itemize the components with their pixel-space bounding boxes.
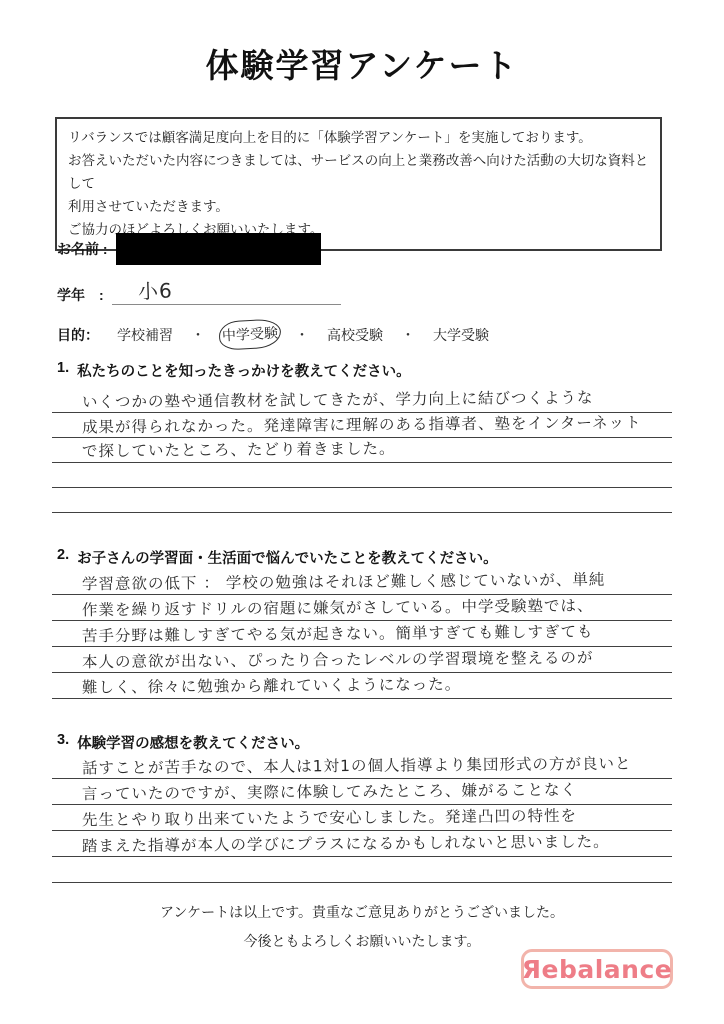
answer-line: 先生とやり取り出来ていたようで安心しました。発達凸凹の特性を xyxy=(52,805,672,831)
purpose-options: 学校補習 ・ 中学受験 ・ 高校受験 ・ 大学受験 xyxy=(113,320,493,349)
grade-field-row: 学年 : 小6 xyxy=(57,281,341,305)
question-3-text: 体験学習の感想を教えてください。 xyxy=(77,732,309,753)
intro-line: リバランスでは顧客満足度向上を目的に「体験学習アンケート」を実施しております。 xyxy=(68,126,649,149)
answer-line xyxy=(52,463,672,488)
question-2-text: お子さんの学習面・生活面で悩んでいたことを教えてください。 xyxy=(77,547,498,568)
answer-line: 難しく、徐々に勉強から離れていくようになった。 xyxy=(52,673,672,699)
name-label: お名前 : xyxy=(57,239,108,259)
name-redaction-box xyxy=(116,233,321,265)
question-3-number: 3. xyxy=(57,732,69,753)
grade-label: 学年 : xyxy=(57,285,104,305)
question-2-header: 2. お子さんの学習面・生活面で悩んでいたことを教えてください。 xyxy=(57,547,498,568)
intro-box: リバランスでは顧客満足度向上を目的に「体験学習アンケート」を実施しております。 … xyxy=(55,117,662,251)
answer-line xyxy=(52,488,672,513)
question-2-number: 2. xyxy=(57,547,69,568)
intro-line: お答えいただいた内容につきましては、サービスの向上と業務改善へ向けた活動の大切な… xyxy=(68,149,649,195)
question-3-answer-area: 話すことが苦手なので、本人は1対1の個人指導より集団形式の方が良いと 言っていた… xyxy=(52,753,672,883)
answer-line: 本人の意欲が出ない、ぴったり合ったレベルの学習環境を整えるのが xyxy=(52,647,672,673)
page-title: 体験学習アンケート xyxy=(0,40,724,87)
footer-line-1: アンケートは以上です。貴重なご意見ありがとうございました。 xyxy=(0,898,724,927)
grade-answer-line: 小6 xyxy=(112,281,341,305)
handwritten-text: 成果が得られなかった。発達障害に理解のある指導者、塾をインターネット xyxy=(82,411,642,438)
question-1-text: 私たちのことを知ったきっかけを教えてください。 xyxy=(77,360,411,381)
answer-line: 学習意欲の低下 ： 学校の勉強はそれほど難しく感じていないが、単純 xyxy=(52,569,672,595)
name-field-row: お名前 : xyxy=(57,233,321,265)
purpose-option-junior-high-exam: 中学受験 xyxy=(218,318,281,350)
answer-line: で探していたところ、たどり着きました。 xyxy=(52,438,672,463)
question-1-header: 1. 私たちのことを知ったきっかけを教えてください。 xyxy=(57,360,411,381)
answer-line: 苦手分野は難しすぎてやる気が起きない。簡単すぎても難しすぎても xyxy=(52,621,672,647)
rebalance-logo-text: Яebalance xyxy=(522,955,672,984)
purpose-option-high-school-exam: 高校受験 xyxy=(323,325,387,345)
answer-line: 話すことが苦手なので、本人は1対1の個人指導より集団形式の方が良いと xyxy=(52,753,672,779)
option-separator: ・ xyxy=(177,325,219,345)
option-separator: ・ xyxy=(281,325,323,345)
purpose-field-row: 目的： 学校補習 ・ 中学受験 ・ 高校受験 ・ 大学受験 xyxy=(57,320,493,349)
question-3-header: 3. 体験学習の感想を教えてください。 xyxy=(57,732,309,753)
answer-line: 作業を繰り返すドリルの宿題に嫌気がさしている。中学受験塾では、 xyxy=(52,595,672,621)
handwritten-text: いくつかの塾や通信教材を試してきたが、学力向上に結びつくような xyxy=(82,386,594,412)
answer-line: 成果が得られなかった。発達障害に理解のある指導者、塾をインターネット xyxy=(52,413,672,438)
handwritten-text: 本人の意欲が出ない、ぴったり合ったレベルの学習環境を整えるのが xyxy=(82,646,594,672)
handwritten-text: 作業を繰り返すドリルの宿題に嫌気がさしている。中学受験塾では、 xyxy=(82,594,594,620)
handwritten-text: 難しく、徐々に勉強から離れていくようになった。 xyxy=(82,672,461,697)
option-separator: ・ xyxy=(387,325,429,345)
handwritten-text: 言っていたのですが、実際に体験してみたところ、嫌がることなく xyxy=(82,778,577,804)
answer-line xyxy=(52,857,672,883)
answer-line: 言っていたのですが、実際に体験してみたところ、嫌がることなく xyxy=(52,779,672,805)
question-1-number: 1. xyxy=(57,360,69,381)
handwritten-text: で探していたところ、たどり着きました。 xyxy=(82,437,396,462)
purpose-option-university-exam: 大学受験 xyxy=(429,325,493,345)
purpose-option-school-supplement: 学校補習 xyxy=(113,325,177,345)
footer-message: アンケートは以上です。貴重なご意見ありがとうございました。 今後ともよろしくお願… xyxy=(0,898,724,956)
answer-line: 踏まえた指導が本人の学びにプラスになるかもしれないと思いました。 xyxy=(52,831,672,857)
purpose-label: 目的： xyxy=(57,325,99,345)
survey-scan-page: 体験学習アンケート リバランスでは顧客満足度向上を目的に「体験学習アンケート」を… xyxy=(0,0,724,1024)
answer-line: いくつかの塾や通信教材を試してきたが、学力向上に結びつくような xyxy=(52,388,672,413)
grade-handwritten-value: 小6 xyxy=(137,280,172,301)
handwritten-text: 学習意欲の低下 ： 学校の勉強はそれほど難しく感じていないが、単純 xyxy=(82,568,606,595)
question-1-answer-area: いくつかの塾や通信教材を試してきたが、学力向上に結びつくような 成果が得られなか… xyxy=(52,388,672,513)
handwritten-text: 先生とやり取り出来ていたようで安心しました。発達凸凹の特性を xyxy=(82,804,577,830)
handwritten-text: 苦手分野は難しすぎてやる気が起きない。簡単すぎても難しすぎても xyxy=(82,620,594,646)
rebalance-logo: Яebalance xyxy=(521,949,673,989)
handwritten-text: 踏まえた指導が本人の学びにプラスになるかもしれないと思いました。 xyxy=(82,830,610,857)
question-2-answer-area: 学習意欲の低下 ： 学校の勉強はそれほど難しく感じていないが、単純 作業を繰り返… xyxy=(52,569,672,699)
handwritten-text: 話すことが苦手なので、本人は1対1の個人指導より集団形式の方が良いと xyxy=(82,752,632,779)
intro-line: 利用させていただきます。 xyxy=(68,195,649,218)
